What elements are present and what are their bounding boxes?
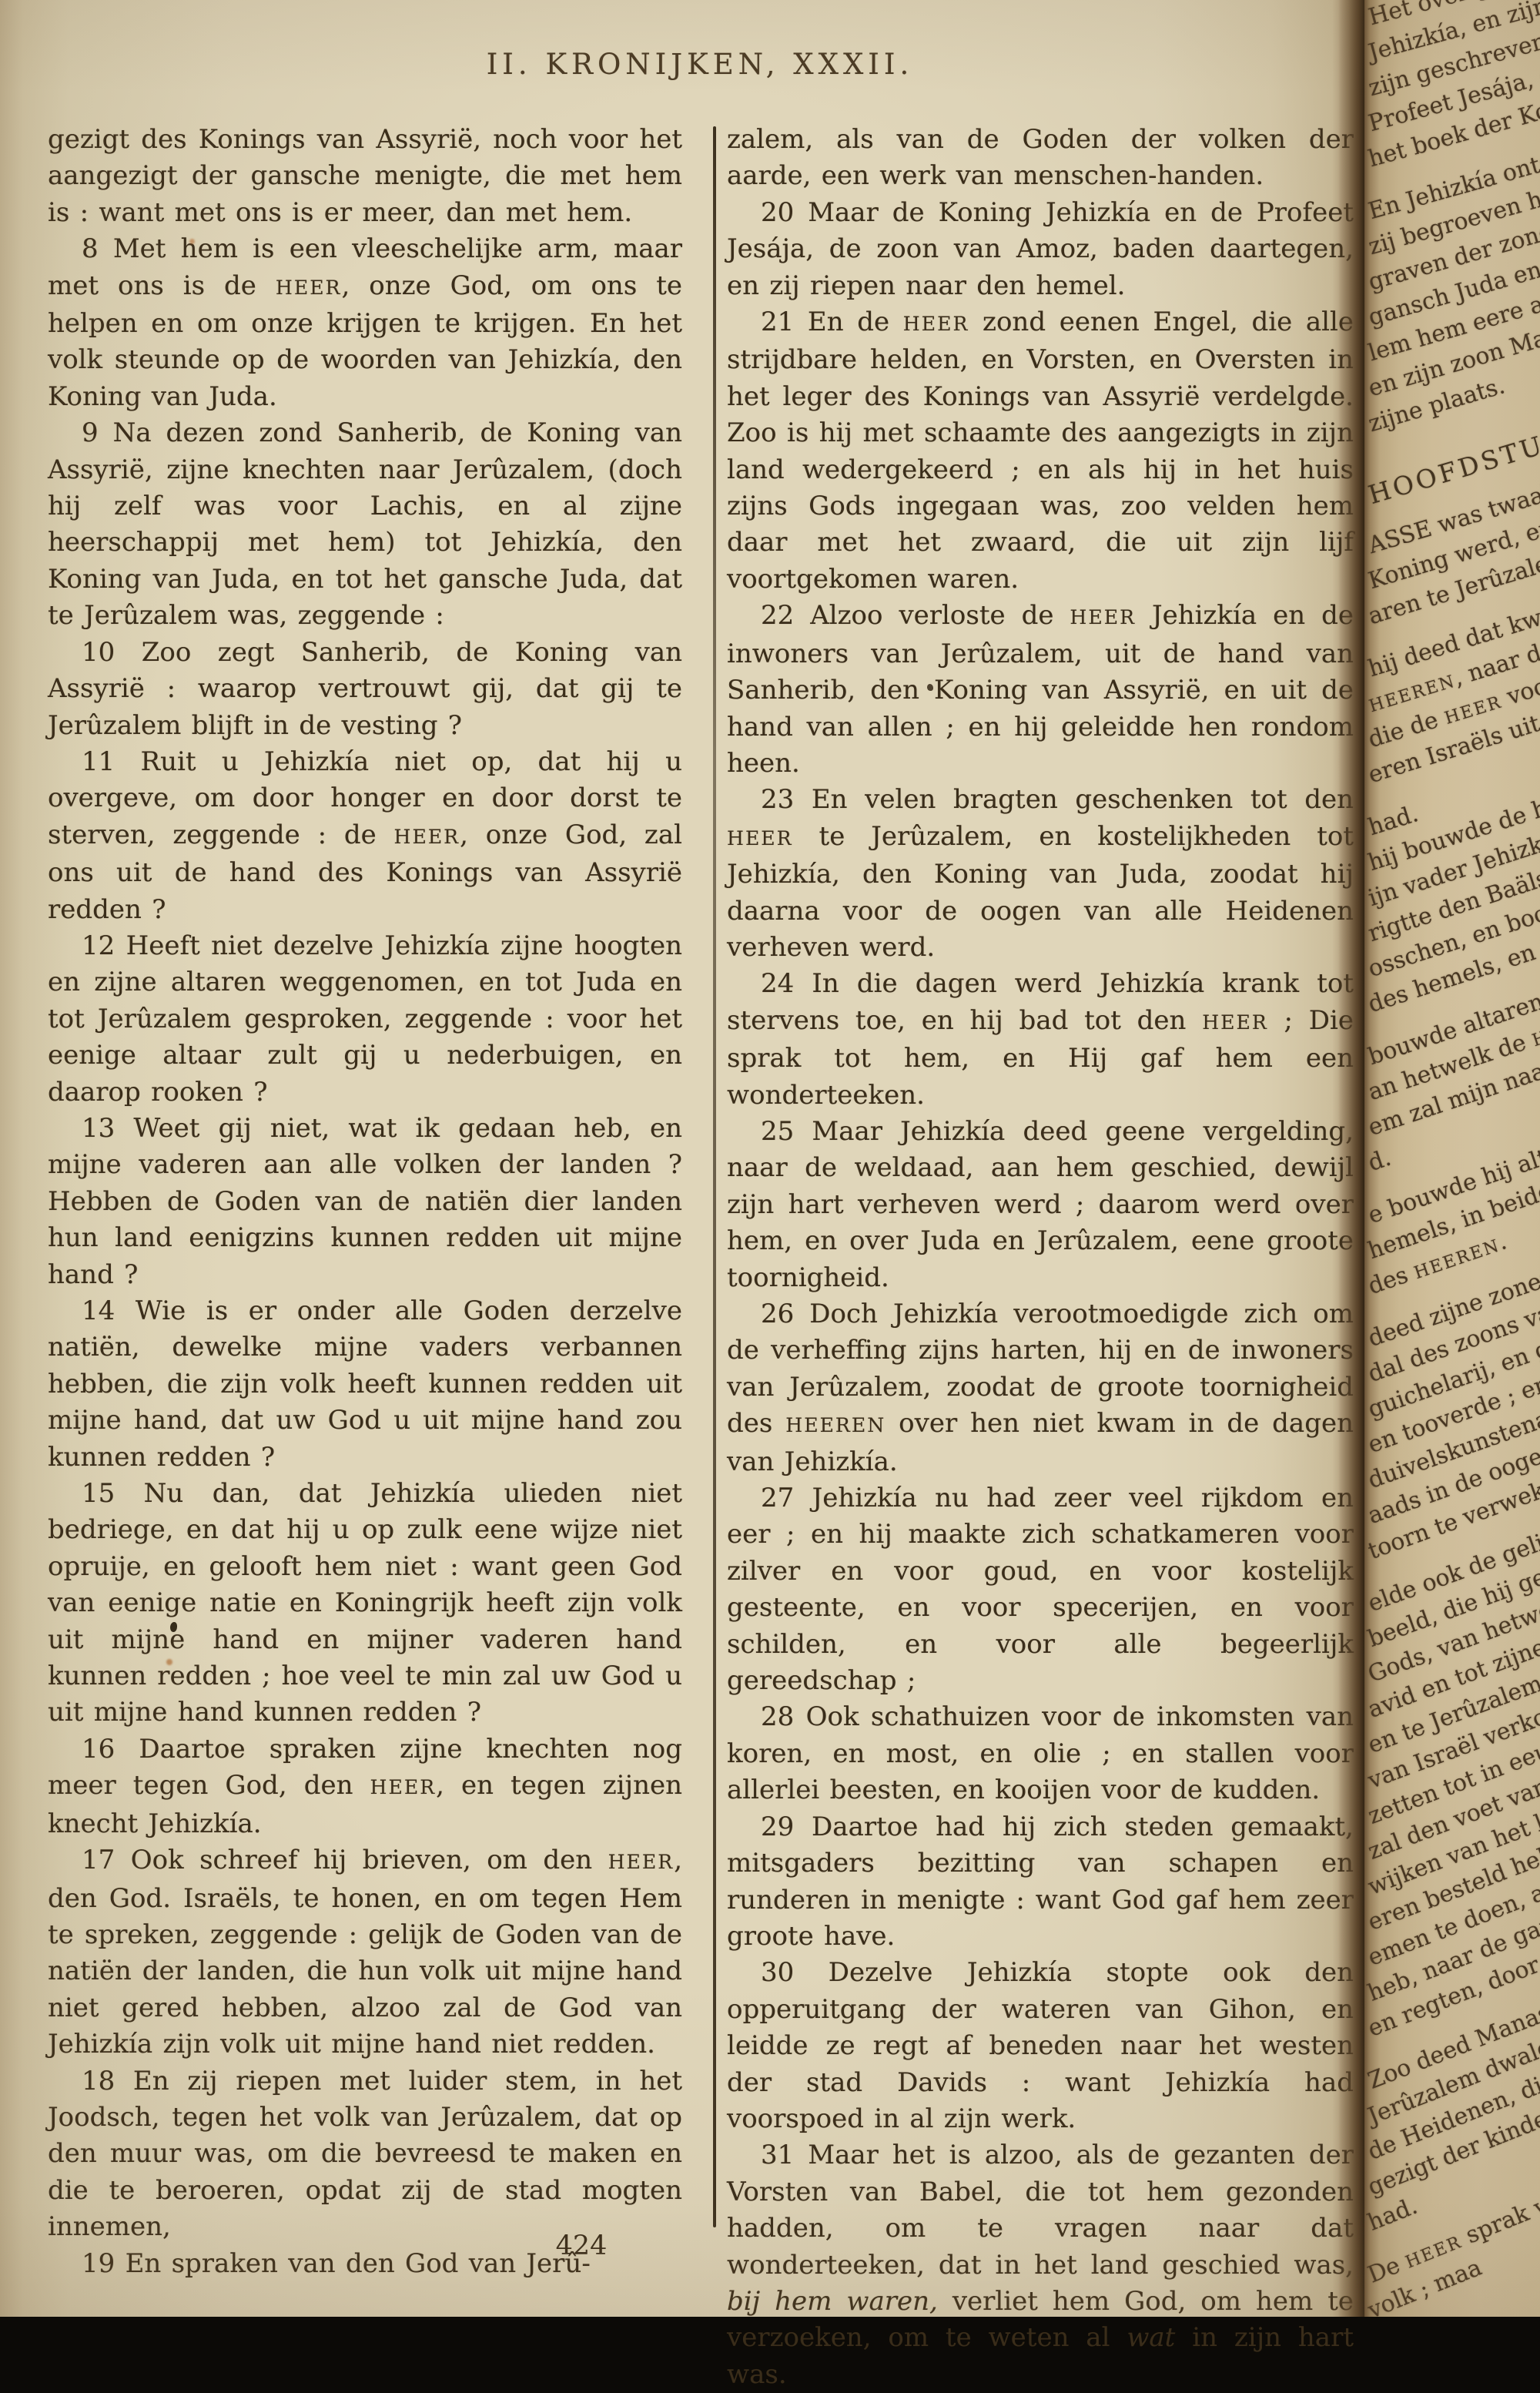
- text-run: des: [1364, 1259, 1418, 1300]
- left-text-column: gezigt des Konings van Assyrië, noch voo…: [48, 122, 682, 2282]
- text-run: 27 Jehizkía nu had zeer veel rijkdom en …: [727, 1483, 1354, 1696]
- text-run: 31 Maar het is alzoo, als de gezanten de…: [727, 2140, 1354, 2280]
- small-caps-divine-name: HEER: [370, 1776, 437, 1798]
- verse-paragraph: 11 Ruit u Jehizkía niet op, dat hij u ov…: [48, 744, 682, 928]
- verse-paragraph: 8 Met hem is een vleeschelijke arm, maar…: [48, 231, 682, 415]
- verse-paragraph: 30 Dezelve Jehizkía stopte ook den opper…: [727, 1955, 1354, 2137]
- text-run: 13 Weet gij niet, wat ik gedaan heb, en …: [48, 1113, 682, 1290]
- text-run: gezigt des Konings van Assyrië, noch voo…: [48, 124, 682, 228]
- text-run: 20 Maar de Koning Jehizkía en de Profeet…: [727, 197, 1354, 301]
- verse-paragraph: 29 Daartoe had hij zich steden gemaakt, …: [727, 1809, 1354, 1956]
- text-run: 22 Alzoo verloste de: [761, 600, 1070, 631]
- verse-paragraph: 15 Nu dan, dat Jehizkía ulieden niet bed…: [48, 1476, 682, 1731]
- column-divider-rule: [713, 126, 716, 2227]
- verse-paragraph: 9 Na dezen zond Sanherib, de Koning van …: [48, 415, 682, 634]
- verse-paragraph: 23 En velen bragten geschenken tot den H…: [727, 782, 1354, 966]
- verse-paragraph: 26 Doch Jehizkía verootmoedigde zich om …: [727, 1296, 1354, 1480]
- running-header: II. KRONIJKEN, XXXII.: [48, 48, 1352, 81]
- small-caps-divine-name: HEER: [903, 313, 969, 335]
- text-run: zond eenen Engel, die alle strijdbare he…: [727, 307, 1354, 595]
- verse-paragraph: 17 Ook schreef hij brieven, om den HEER,…: [48, 1842, 682, 2063]
- text-run: 28 Ook schathuizen voor de inkomsten van…: [727, 1701, 1354, 1805]
- right-text-column: zalem, als van de Goden der volken der a…: [727, 122, 1354, 2317]
- small-caps-divine-name: HEER: [1070, 606, 1136, 628]
- small-caps-divine-name: HEER: [1202, 1011, 1268, 1034]
- text-run: 9 Na dezen zond Sanherib, de Koning van …: [48, 417, 682, 631]
- verse-paragraph: 21 En de HEER zond eenen Engel, die alle…: [727, 304, 1354, 598]
- next-page-edge: Het overige nu der geJehizkía, en zijne …: [1364, 0, 1540, 2317]
- text-run: 17 Ook schreef hij brieven, om den: [82, 1845, 608, 1875]
- next-page-text-line: d.: [1364, 1145, 1394, 1177]
- verse-paragraph: 10 Zoo zegt Sanherib, de Koning van Assy…: [48, 635, 682, 744]
- book-page: II. KRONIJKEN, XXXII. gezigt des Konings…: [0, 0, 1540, 2317]
- book-gutter-shadow: [1338, 0, 1364, 2317]
- verse-paragraph: 13 Weet gij niet, wat ik gedaan heb, en …: [48, 1111, 682, 1293]
- text-run: 14 Wie is er onder alle Goden derzelve n…: [48, 1295, 682, 1473]
- text-run: zalem, als van de Goden der volken der a…: [727, 124, 1354, 191]
- text-run: 29 Daartoe had hij zich steden gemaakt, …: [727, 1812, 1354, 1952]
- small-caps-divine-name: HEER: [608, 1851, 675, 1873]
- verse-paragraph: 22 Alzoo verloste de HEER Jehizkía en de…: [727, 598, 1354, 782]
- text-run: 30 Dezelve Jehizkía stopte ook den opper…: [727, 1957, 1354, 2134]
- verse-paragraph: 28 Ook schathuizen voor de inkomsten van…: [727, 1699, 1354, 1808]
- verse-paragraph: 20 Maar de Koning Jehizkía en de Profeet…: [727, 195, 1354, 304]
- verse-paragraph: 12 Heeft niet dezelve Jehizkía zijne hoo…: [48, 928, 682, 1111]
- verse-paragraph: 14 Wie is er onder alle Goden derzelve n…: [48, 1293, 682, 1476]
- verse-paragraph: gezigt des Konings van Assyrië, noch voo…: [48, 122, 682, 231]
- small-caps-divine-name: HEEREN: [785, 1414, 885, 1436]
- verse-paragraph: 25 Maar Jehizkía deed geene vergelding, …: [727, 1114, 1354, 1296]
- small-caps-divine-name: HEER: [276, 277, 342, 299]
- text-run: 12 Heeft niet dezelve Jehizkía zijne hoo…: [48, 930, 682, 1108]
- text-run: 18 En zij riepen met luider stem, in het…: [48, 2066, 682, 2243]
- text-run: , den God. Israëls, te honen, en om tege…: [48, 1845, 682, 2060]
- verse-paragraph: 24 In die dagen werd Jehizkía krank tot …: [727, 966, 1354, 1114]
- text-run: 25 Maar Jehizkía deed geene vergelding, …: [727, 1116, 1354, 1293]
- small-caps-divine-name: HEER: [727, 827, 793, 850]
- text-run: sprak wel t: [1455, 2176, 1540, 2252]
- text-run: 23 En velen bragten geschenken tot den: [761, 784, 1354, 815]
- italic-text: bij hem waren,: [727, 2286, 938, 2317]
- verse-paragraph: 16 Daartoe spraken zijne knechten nog me…: [48, 1731, 682, 1842]
- text-run: 10 Zoo zegt Sanherib, de Koning van Assy…: [48, 637, 682, 741]
- verse-paragraph: 31 Maar het is alzoo, als de gezanten de…: [727, 2137, 1354, 2317]
- small-caps-divine-name: HEER: [394, 826, 460, 848]
- text-run: 21 En de: [761, 307, 903, 337]
- verse-paragraph: zalem, als van de Goden der volken der a…: [727, 122, 1354, 195]
- text-run: 15 Nu dan, dat Jehizkía ulieden niet bed…: [48, 1478, 682, 1728]
- text-run: d.: [1364, 1145, 1394, 1177]
- verse-paragraph: 18 En zij riepen met luider stem, in het…: [48, 2063, 682, 2246]
- page-number: 424: [477, 2230, 685, 2261]
- text-run: te Jerûzalem, en kostelijkheden tot Jehi…: [727, 821, 1354, 963]
- verse-paragraph: 27 Jehizkía nu had zeer veel rijkdom en …: [727, 1480, 1354, 1699]
